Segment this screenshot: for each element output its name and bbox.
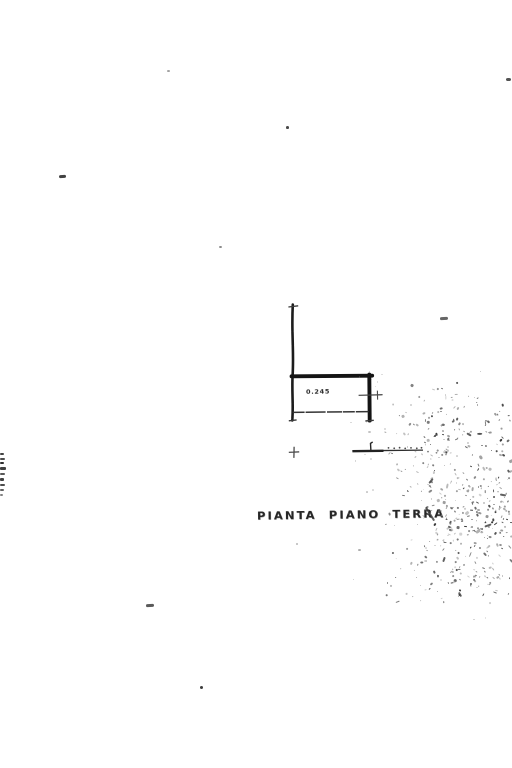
wall-left-bottom-tick xyxy=(289,420,297,421)
scale-bar-dot xyxy=(436,452,438,454)
wall-top-horizontal xyxy=(292,376,373,377)
drawing-title: PIANTA PIANO TERRA xyxy=(257,507,445,522)
scale-bar-dot xyxy=(404,448,406,450)
scale-bar-dot xyxy=(388,447,390,449)
dimension-line xyxy=(359,395,383,396)
scale-bar-dot xyxy=(399,447,401,449)
reference-cross xyxy=(289,447,299,458)
dimension-label: 0.245 xyxy=(306,388,330,396)
scale-bar-dots xyxy=(388,447,447,456)
scale-bar-dot xyxy=(421,447,423,449)
wall-left-top-tick xyxy=(288,306,298,307)
wall-left-vertical xyxy=(292,305,293,421)
scale-bar-dot xyxy=(410,447,412,449)
scale-bar-tick xyxy=(371,442,373,451)
wall-right-bottom-tick xyxy=(365,420,373,421)
scale-bar-dot xyxy=(393,447,395,449)
scanned-page: 0.245 PIANTA PIANO TERRA xyxy=(0,0,512,768)
scale-bar-dot xyxy=(445,454,447,456)
scale-bar-dot xyxy=(427,451,429,453)
floor-plan-drawing xyxy=(0,0,512,768)
wall-bottom-thin xyxy=(293,412,369,413)
scale-bar-dot xyxy=(416,447,418,449)
